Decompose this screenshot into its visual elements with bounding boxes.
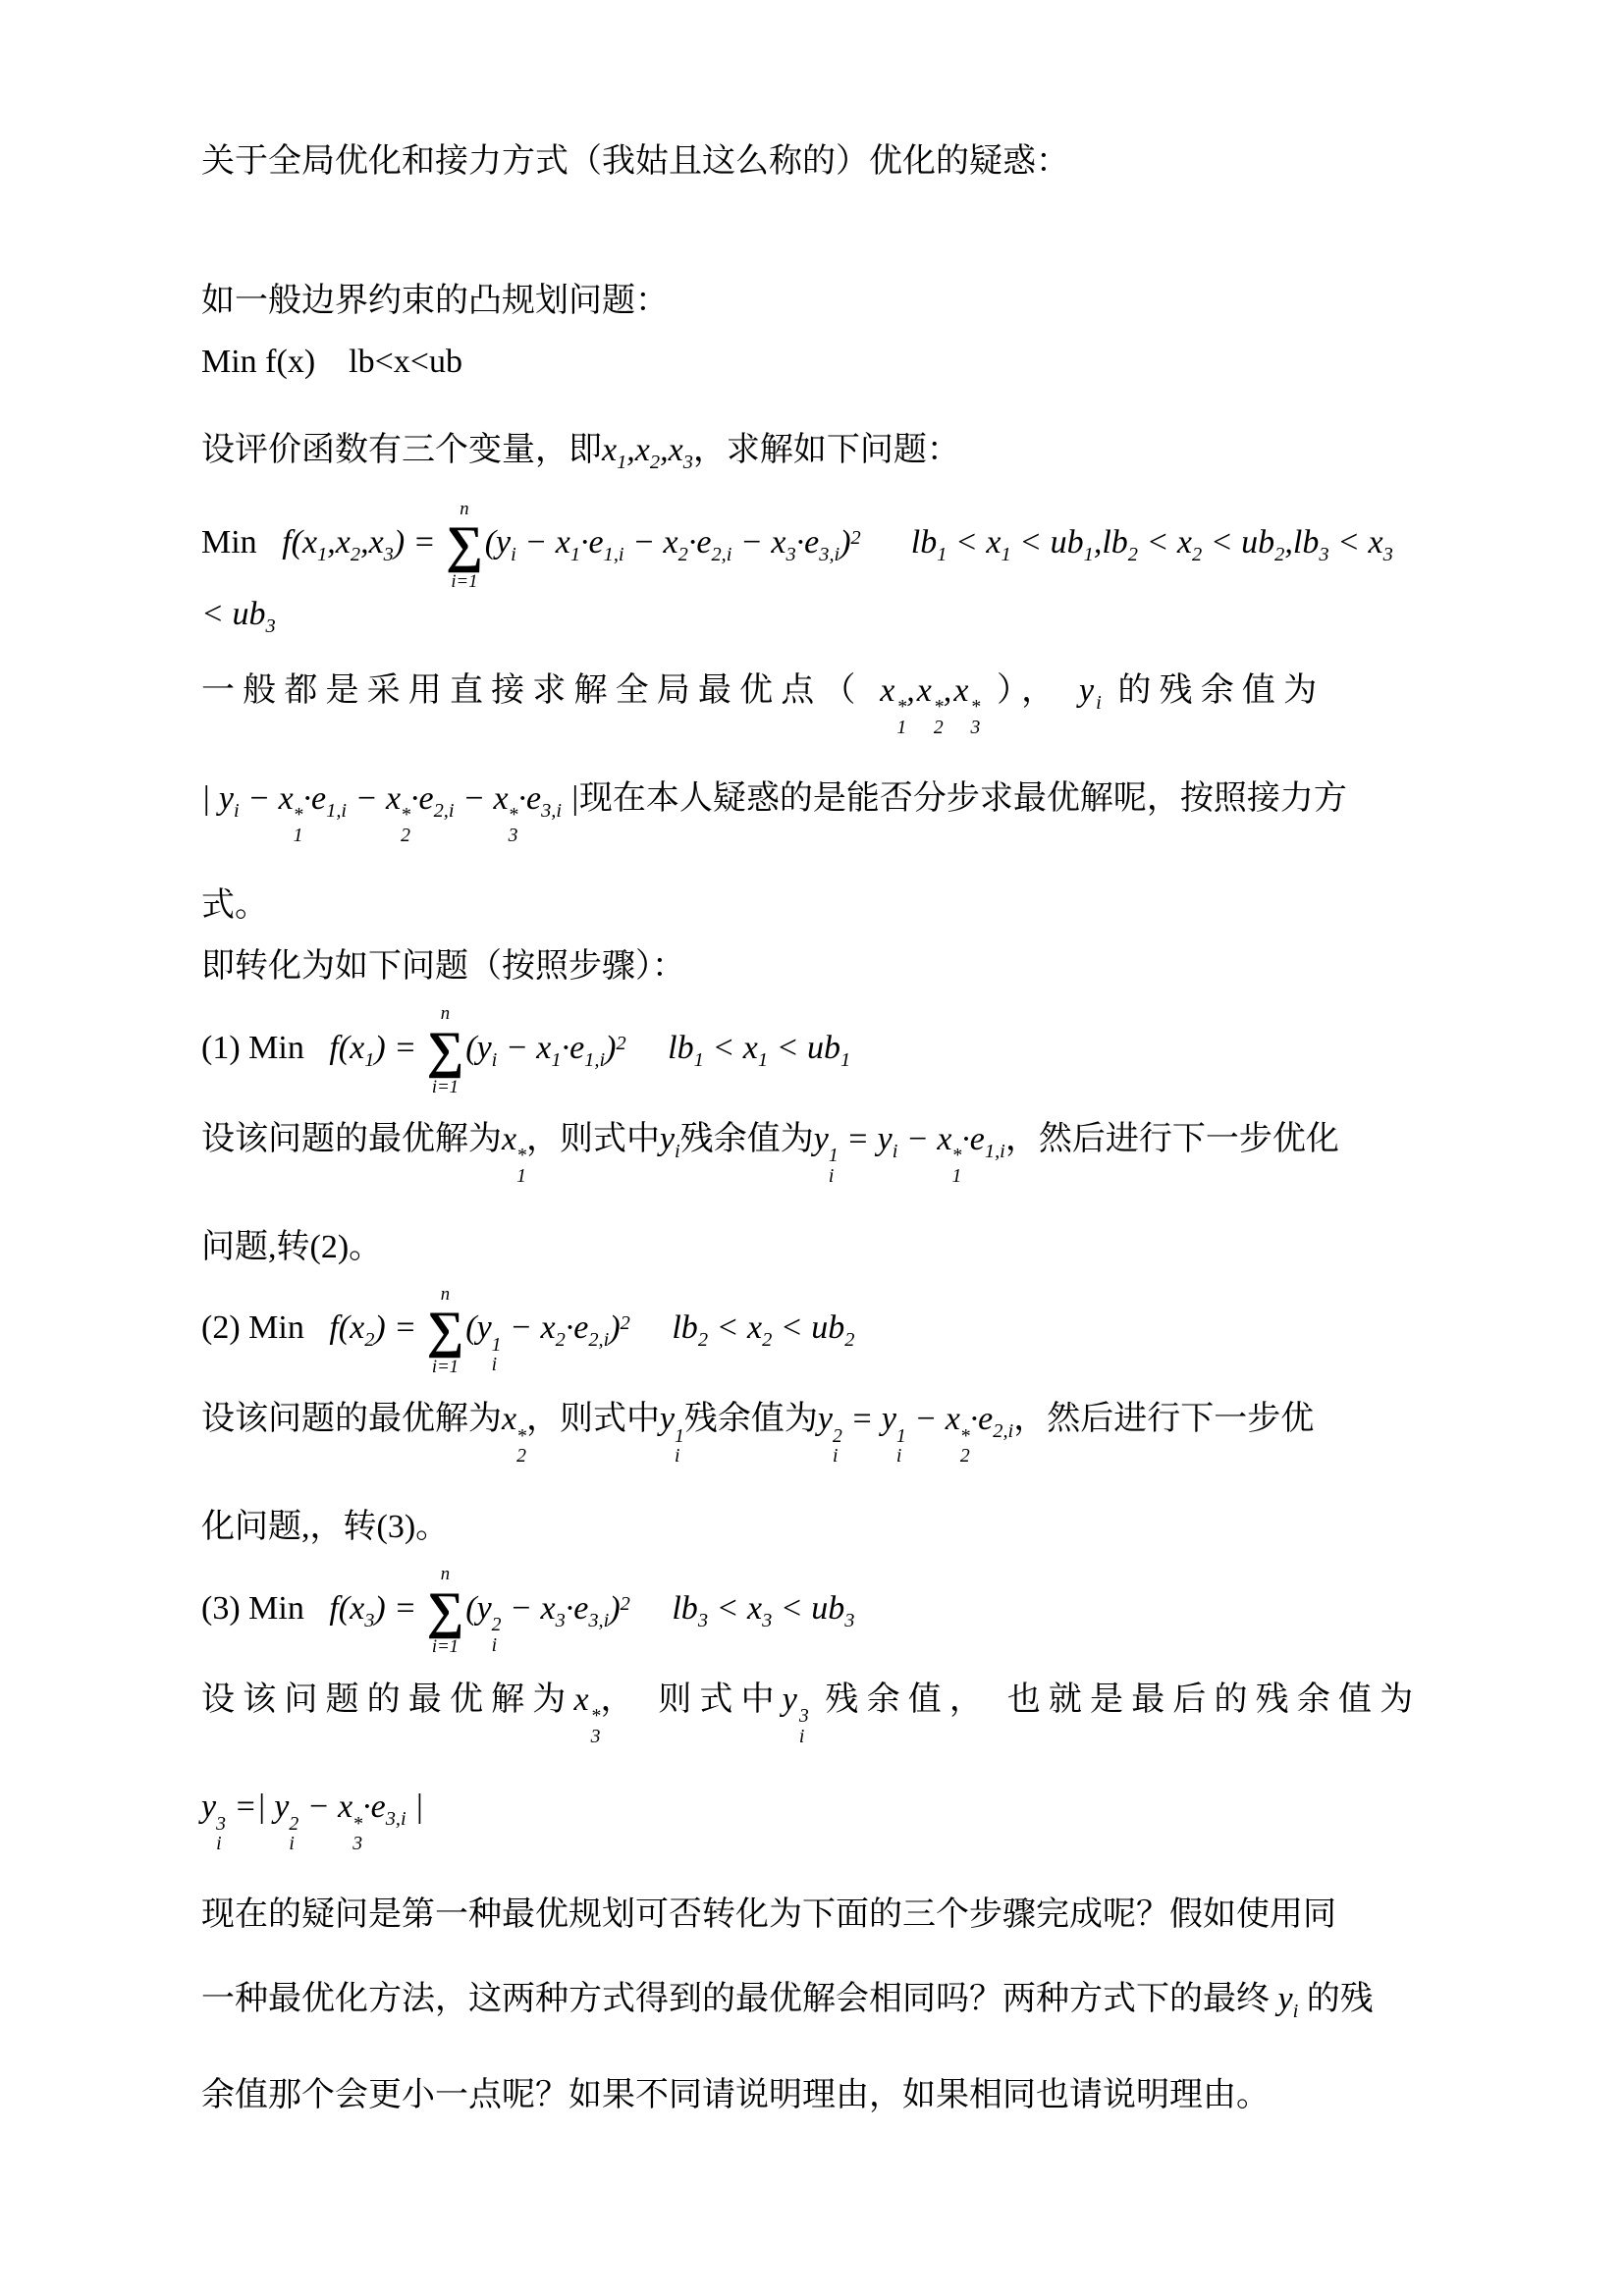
math-segment: Min f(x) lb<x<ub	[201, 344, 462, 380]
math-text: x	[350, 1309, 364, 1346]
math-text: )	[609, 1309, 620, 1346]
sub-sup-stack: *3	[591, 1707, 601, 1747]
text-line: | yi − x*1·e1,i − x*2·e2,i − x*3·e3,i |现…	[201, 774, 1423, 847]
math-text: <	[947, 524, 986, 561]
math-segment: yi	[1270, 1981, 1307, 2017]
math-text: x	[573, 1682, 590, 1718]
math-text: e	[371, 1789, 386, 1825]
text-line: 即转化为如下问题（按照步骤）：	[201, 942, 1423, 991]
formula-line: (1) Min f(x1) = n∑i=1(yi − x1·e1,i)2 lb1…	[201, 1003, 1423, 1097]
math-text: e	[978, 1401, 993, 1437]
subscript: 1	[758, 1049, 768, 1071]
text-segment: ，然后进行下一步优化	[1005, 1121, 1339, 1157]
math-text	[861, 524, 911, 561]
math-text: ·	[566, 1590, 574, 1627]
subscript: 2	[364, 1329, 374, 1351]
subscript: 2,i	[588, 1329, 609, 1351]
text-segment: 式。	[201, 887, 268, 924]
math-text: (	[465, 1030, 476, 1066]
math-text: x	[743, 1030, 758, 1066]
subscript: 3,i	[541, 800, 562, 822]
math-text: =|	[226, 1789, 274, 1825]
subscript: 2,i	[711, 544, 731, 565]
text-line: 关于全局优化和接力方式（我姑且这么称的）优化的疑惑：	[201, 137, 1423, 187]
math-text: x	[502, 1401, 516, 1437]
text-line: 现在的疑问是第一种最优规划可否转化为下面的三个步骤完成呢？假如使用同	[201, 1891, 1423, 1940]
subscript: 3,i	[588, 1610, 609, 1631]
subscript: 2	[844, 1329, 854, 1351]
math-text: <	[1329, 524, 1369, 561]
subscript: 1	[1001, 544, 1010, 565]
sub-sup-stack: *1	[951, 1147, 961, 1187]
math-text: ,	[360, 524, 369, 561]
math-text: ) =	[374, 1590, 424, 1627]
text-line: 一种最优化方法，这两种方式得到的最优解会相同吗？两种方式下的最终 yi 的残	[201, 1975, 1423, 2036]
math-text: ·	[796, 524, 805, 561]
math-segment: x1,x2,x3	[602, 432, 693, 468]
sub-sup-stack: *1	[896, 698, 906, 738]
math-roman: (3) Min	[201, 1590, 304, 1627]
math-text: =	[842, 1401, 882, 1437]
math-text: ub	[811, 1309, 844, 1346]
math-text: ,	[944, 672, 954, 709]
text-segment: ），	[980, 672, 1079, 709]
text-segment: 设评价函数有三个变量，即	[201, 432, 602, 468]
math-text: f(	[257, 524, 302, 561]
text-segment: 现在的疑问是第一种最优规划可否转化为下面的三个步骤完成呢？假如使用同	[201, 1896, 1336, 1933]
math-text	[1270, 1981, 1278, 2017]
math-text: −	[906, 1401, 946, 1437]
math-text: x	[540, 1590, 555, 1627]
math-text: ub	[1051, 524, 1084, 561]
math-text: y	[219, 780, 234, 817]
sub-sup-stack: *2	[934, 698, 944, 738]
math-text: x	[635, 432, 650, 468]
math-text: y	[660, 1401, 675, 1437]
math-text: x	[953, 672, 970, 709]
math-text: (	[465, 1590, 476, 1627]
text-segment: 余值那个会更小一点呢？如果不同请说明理由，如果相同也请说明理由。	[201, 2077, 1270, 2113]
math-text: x	[664, 524, 678, 561]
subscript: 2	[1128, 544, 1138, 565]
sub-sup-stack: 3i	[216, 1815, 226, 1855]
math-text: x	[946, 1401, 960, 1437]
text-line: 问题,转(2)。	[201, 1223, 1423, 1272]
math-text: (	[485, 524, 496, 561]
math-text: x	[350, 1030, 364, 1066]
math-roman: Min f(x) lb<x<ub	[201, 344, 462, 380]
formula-line: (2) Min f(x2) = n∑i=1(y1i − x2·e2,i)2 lb…	[201, 1284, 1423, 1378]
superscript: 2	[621, 1312, 630, 1334]
text-segment: ， 则式中	[600, 1682, 782, 1718]
math-text: y	[477, 1309, 492, 1346]
math-text: ,	[906, 672, 917, 709]
math-text: e	[573, 1590, 588, 1627]
text-segment: 即转化为如下问题（按照步骤）：	[201, 948, 685, 985]
math-text: ·	[961, 1121, 970, 1157]
sub-sup-stack: 3i	[799, 1707, 809, 1747]
math-text: <	[1011, 524, 1051, 561]
math-text	[630, 1309, 673, 1346]
text-segment: ，然后进行下一步优	[1013, 1401, 1314, 1437]
math-text: −	[240, 780, 279, 817]
math-text	[626, 1030, 669, 1066]
math-text: y	[783, 1682, 799, 1718]
math-text: x	[350, 1590, 364, 1627]
math-text: −	[455, 780, 494, 817]
math-text: y	[882, 1401, 896, 1437]
superscript: 2	[621, 1593, 630, 1615]
math-text: x	[917, 672, 934, 709]
subscript: 2,i	[434, 800, 455, 822]
subscript: 3,i	[386, 1808, 406, 1830]
math-segment: y3i	[783, 1682, 809, 1718]
math-text: x	[369, 524, 384, 561]
math-text: ·	[970, 1401, 979, 1437]
text-segment: 化问题,，转(3)。	[201, 1509, 449, 1545]
math-segment: yi	[1079, 672, 1102, 709]
math-text: x	[338, 1789, 352, 1825]
math-text: f(	[304, 1309, 350, 1346]
subscript: 3	[364, 1610, 374, 1631]
text-segment: 的残余值为	[1102, 672, 1325, 709]
math-text: <	[708, 1309, 747, 1346]
subscript: 1	[317, 544, 327, 565]
subscript: 3	[844, 1610, 854, 1631]
subscript: 2	[1274, 544, 1284, 565]
math-text: y	[660, 1121, 675, 1157]
subscript: 1,i	[985, 1141, 1005, 1162]
math-segment: x*1,x*2,x*3	[880, 672, 980, 709]
sub-sup-stack: 2i	[289, 1815, 298, 1855]
subscript: 1	[570, 544, 580, 565]
math-text: e	[526, 780, 541, 817]
text-segment: 关于全局优化和接力方式（我姑且这么称的）优化的疑惑：	[201, 143, 1069, 180]
math-text: −	[347, 780, 386, 817]
text-segment: 残余值为	[684, 1401, 818, 1437]
math-text: y	[201, 1789, 216, 1825]
math-text: lb	[911, 524, 937, 561]
math-segment: yi	[660, 1121, 680, 1157]
math-text: ·	[410, 780, 419, 817]
math-text: −	[502, 1590, 541, 1627]
math-text: <	[708, 1590, 747, 1627]
formula-line: Min f(x1,x2,x3) = n∑i=1(yi − x1·e1,i − x…	[201, 499, 1423, 649]
math-text: x	[986, 524, 1001, 561]
text-line: 化问题,，转(3)。	[201, 1503, 1423, 1552]
sub-sup-stack: 2i	[833, 1427, 842, 1468]
math-text: e	[419, 780, 434, 817]
subscript: 3	[762, 1610, 772, 1631]
text-segment: 问题,转(2)。	[201, 1229, 382, 1265]
subscript: 2,i	[993, 1420, 1013, 1442]
subscript: 3	[556, 1610, 566, 1631]
text-line: y3i =| y2i − x*3·e3,i |	[201, 1783, 1423, 1855]
math-text: lb	[672, 1590, 697, 1627]
sub-sup-stack: *1	[294, 806, 303, 846]
math-roman: (2) Min	[201, 1309, 304, 1346]
summation-symbol: n∑i=1	[446, 499, 483, 593]
math-text: ) =	[374, 1030, 424, 1066]
sub-sup-stack: *2	[401, 806, 410, 846]
math-text: y	[477, 1030, 492, 1066]
math-text: <	[772, 1309, 811, 1346]
subscript: 2	[762, 1329, 772, 1351]
math-text: ) =	[374, 1309, 424, 1346]
text-segment: 一般都是采用直接求解全局最优点（	[201, 672, 880, 709]
document-page: 关于全局优化和接力方式（我姑且这么称的）优化的疑惑：如一般边界约束的凸规划问题：…	[0, 0, 1624, 2296]
math-text: |	[562, 780, 579, 817]
subscript: 2	[678, 544, 688, 565]
math-text: <	[768, 1030, 807, 1066]
sub-sup-stack: *3	[352, 1815, 362, 1855]
math-text: x	[386, 780, 401, 817]
text-segment: 设该问题的最优解为	[201, 1401, 502, 1437]
math-text: x	[302, 524, 317, 561]
math-text: y	[814, 1121, 829, 1157]
math-text: −	[731, 524, 771, 561]
math-text: ub	[232, 596, 265, 632]
math-text: )	[609, 1590, 620, 1627]
math-text: y	[477, 1590, 492, 1627]
math-text: −	[298, 1789, 338, 1825]
math-text: (	[465, 1309, 476, 1346]
math-text	[630, 1590, 673, 1627]
subscript: 1	[840, 1049, 850, 1071]
math-segment: (1) Min f(x1) = n∑i=1(yi − x1·e1,i)2 lb1…	[201, 1030, 850, 1066]
math-segment: y1i	[660, 1401, 684, 1437]
math-text: e	[804, 524, 819, 561]
subscript: 1,i	[326, 800, 347, 822]
math-text: lb	[1293, 524, 1319, 561]
text-line: 设该问题的最优解为x*2，则式中y1i残余值为y2i = y1i − x*2·e…	[201, 1395, 1423, 1468]
math-text: <	[1202, 524, 1241, 561]
subscript: 3	[265, 615, 275, 637]
math-text: ·	[517, 780, 526, 817]
math-text: ub	[1241, 524, 1274, 561]
superscript: 2	[851, 527, 861, 549]
math-text: y	[1079, 672, 1096, 709]
text-segment: 一种最优化方法，这两种方式得到的最优解会相同吗？两种方式下的最终	[201, 1981, 1270, 2017]
math-text: x	[540, 1309, 555, 1346]
math-text: )	[605, 1030, 616, 1066]
math-text: x	[602, 432, 617, 468]
summation-symbol: n∑i=1	[427, 1003, 464, 1097]
sub-sup-stack: 1i	[492, 1336, 502, 1376]
text-line: 如一般边界约束的凸规划问题：	[201, 277, 1423, 326]
subscript: 3	[1319, 544, 1328, 565]
math-segment: y1i = yi − x*1·e1,i	[814, 1121, 1005, 1157]
text-segment: 的残	[1307, 1981, 1374, 2017]
math-text: x	[669, 432, 683, 468]
text-segment: ，求解如下问题：	[693, 432, 960, 468]
math-text: x	[747, 1590, 762, 1627]
subscript: 2	[556, 1329, 566, 1351]
math-roman: Min	[201, 524, 257, 561]
math-text: ,	[327, 524, 336, 561]
sub-sup-stack: *2	[960, 1427, 970, 1468]
math-text: e	[970, 1121, 985, 1157]
math-text: e	[589, 524, 604, 561]
subscript: 2	[650, 452, 660, 473]
subscript: 3,i	[819, 544, 839, 565]
text-line: 式。	[201, 881, 1423, 931]
math-text: x	[279, 780, 294, 817]
text-segment: 设该问题的最优解为	[201, 1682, 573, 1718]
math-text: ·	[566, 1309, 574, 1346]
subscript: 2	[698, 1329, 708, 1351]
math-text: ,	[1284, 524, 1293, 561]
math-text: |	[201, 780, 219, 817]
math-text: e	[569, 1030, 584, 1066]
math-text: ,	[660, 432, 669, 468]
document-body: 关于全局优化和接力方式（我姑且这么称的）优化的疑惑：如一般边界约束的凸规划问题：…	[201, 137, 1423, 2120]
math-text: ·	[562, 1030, 570, 1066]
math-text: |	[406, 1789, 424, 1825]
sub-sup-stack: 2i	[492, 1616, 502, 1656]
subscript: 1	[551, 1049, 561, 1071]
math-text: x	[502, 1121, 516, 1157]
math-text: y	[878, 1121, 893, 1157]
math-text: x	[937, 1121, 951, 1157]
math-text: e	[311, 780, 326, 817]
summation-symbol: n∑i=1	[427, 1564, 464, 1658]
math-roman: (1) Min	[201, 1030, 304, 1066]
sub-sup-stack: *3	[970, 698, 980, 738]
summation-symbol: n∑i=1	[427, 1284, 464, 1378]
sub-sup-stack: *1	[516, 1147, 526, 1187]
sub-sup-stack: 1i	[829, 1147, 839, 1187]
subscript: 1	[617, 452, 626, 473]
subscript: 3	[698, 1610, 708, 1631]
math-text: x	[1177, 524, 1192, 561]
sub-sup-stack: 1i	[675, 1427, 684, 1468]
subscript: 2	[1192, 544, 1202, 565]
math-text: ·	[580, 524, 589, 561]
math-text: x	[1368, 524, 1382, 561]
math-text: ·	[362, 1789, 371, 1825]
math-segment: x*1	[502, 1121, 526, 1157]
math-text: x	[747, 1309, 762, 1346]
math-text: y	[818, 1401, 833, 1437]
math-text: ) =	[394, 524, 444, 561]
math-segment: x*2	[502, 1401, 526, 1437]
sub-sup-stack: 1i	[896, 1427, 906, 1468]
math-text: =	[839, 1121, 878, 1157]
math-text: −	[624, 524, 664, 561]
math-segment: x*3	[573, 1682, 600, 1718]
text-line: 余值那个会更小一点呢？如果不同请说明理由，如果相同也请说明理由。	[201, 2071, 1423, 2120]
math-text: x	[494, 780, 509, 817]
math-text: ,	[626, 432, 635, 468]
sub-sup-stack: *2	[516, 1427, 526, 1468]
math-text: y	[496, 524, 511, 561]
superscript: 2	[616, 1033, 625, 1054]
math-text: x	[771, 524, 785, 561]
subscript: 3	[785, 544, 795, 565]
text-line: 设该问题的最优解为x*1，则式中yi残余值为y1i = yi − x*1·e1,…	[201, 1115, 1423, 1188]
math-segment: (3) Min f(x3) = n∑i=1(y2i − x3·e3,i)2 lb…	[201, 1590, 854, 1627]
math-text: −	[897, 1121, 937, 1157]
subscript: 1	[694, 1049, 704, 1071]
math-text: ub	[811, 1590, 844, 1627]
math-text: x	[880, 672, 896, 709]
math-text: −	[497, 1030, 536, 1066]
math-segment: | yi − x*1·e1,i − x*2·e2,i − x*3·e3,i |	[201, 780, 579, 817]
math-text: lb	[672, 1309, 697, 1346]
text-segment: ，则式中	[526, 1121, 660, 1157]
math-segment: y2i = y1i − x*2·e2,i	[818, 1401, 1013, 1437]
text-segment: ，则式中	[526, 1401, 660, 1437]
subscript: 1,i	[604, 544, 624, 565]
subscript: 3	[683, 452, 693, 473]
math-text: −	[516, 524, 556, 561]
math-text: ·	[303, 780, 312, 817]
text-line: 一般都是采用直接求解全局最优点（ x*1,x*2,x*3 ）， yi 的残余值为	[201, 667, 1423, 739]
math-segment: y3i =| y2i − x*3·e3,i |	[201, 1789, 424, 1825]
sub-sup-stack: *3	[509, 806, 518, 846]
text-segment: 现在本人疑惑的是能否分步求最优解呢，按照接力方	[579, 780, 1347, 817]
math-text: lb	[1102, 524, 1127, 561]
text-line: 设该问题的最优解为x*3， 则式中y3i 残余值， 也就是最后的残余值为	[201, 1676, 1423, 1748]
text-segment: 设该问题的最优解为	[201, 1121, 502, 1157]
math-text	[1298, 1981, 1307, 2017]
subscript: 1	[364, 1049, 374, 1071]
text-segment: 残余值为	[680, 1121, 814, 1157]
formula-line: (3) Min f(x3) = n∑i=1(y2i − x3·e3,i)2 lb…	[201, 1564, 1423, 1658]
math-text: x	[336, 524, 351, 561]
text-segment: 如一般边界约束的凸规划问题：	[201, 283, 669, 319]
math-segment: Min f(x1,x2,x3) = n∑i=1(yi − x1·e1,i − x…	[201, 524, 1401, 632]
subscript: 3	[1383, 544, 1393, 565]
math-text: x	[556, 524, 570, 561]
math-text: y	[1278, 1981, 1293, 2017]
math-text: e	[696, 524, 711, 561]
subscript: 3	[384, 544, 394, 565]
subscript: 2	[351, 544, 360, 565]
math-text: f(	[304, 1590, 350, 1627]
math-text: <	[1138, 524, 1177, 561]
subscript: 1	[1084, 544, 1094, 565]
math-text: )	[839, 524, 850, 561]
math-text: −	[502, 1309, 541, 1346]
text-segment: 残余值， 也就是最后的残余值为	[809, 1682, 1422, 1718]
math-text: x	[536, 1030, 551, 1066]
text-line: Min f(x) lb<x<ub	[201, 338, 1423, 387]
math-segment: (2) Min f(x2) = n∑i=1(y1i − x2·e2,i)2 lb…	[201, 1309, 854, 1346]
math-text: <	[772, 1590, 811, 1627]
math-text: ub	[807, 1030, 840, 1066]
text-line: 设评价函数有三个变量，即x1,x2,x3，求解如下问题：	[201, 426, 1423, 487]
subscript: 1,i	[584, 1049, 605, 1071]
subscript: 1	[937, 544, 947, 565]
math-text: y	[274, 1789, 289, 1825]
math-text: lb	[668, 1030, 693, 1066]
math-text: e	[573, 1309, 588, 1346]
math-text: f(	[304, 1030, 350, 1066]
math-text: <	[704, 1030, 743, 1066]
